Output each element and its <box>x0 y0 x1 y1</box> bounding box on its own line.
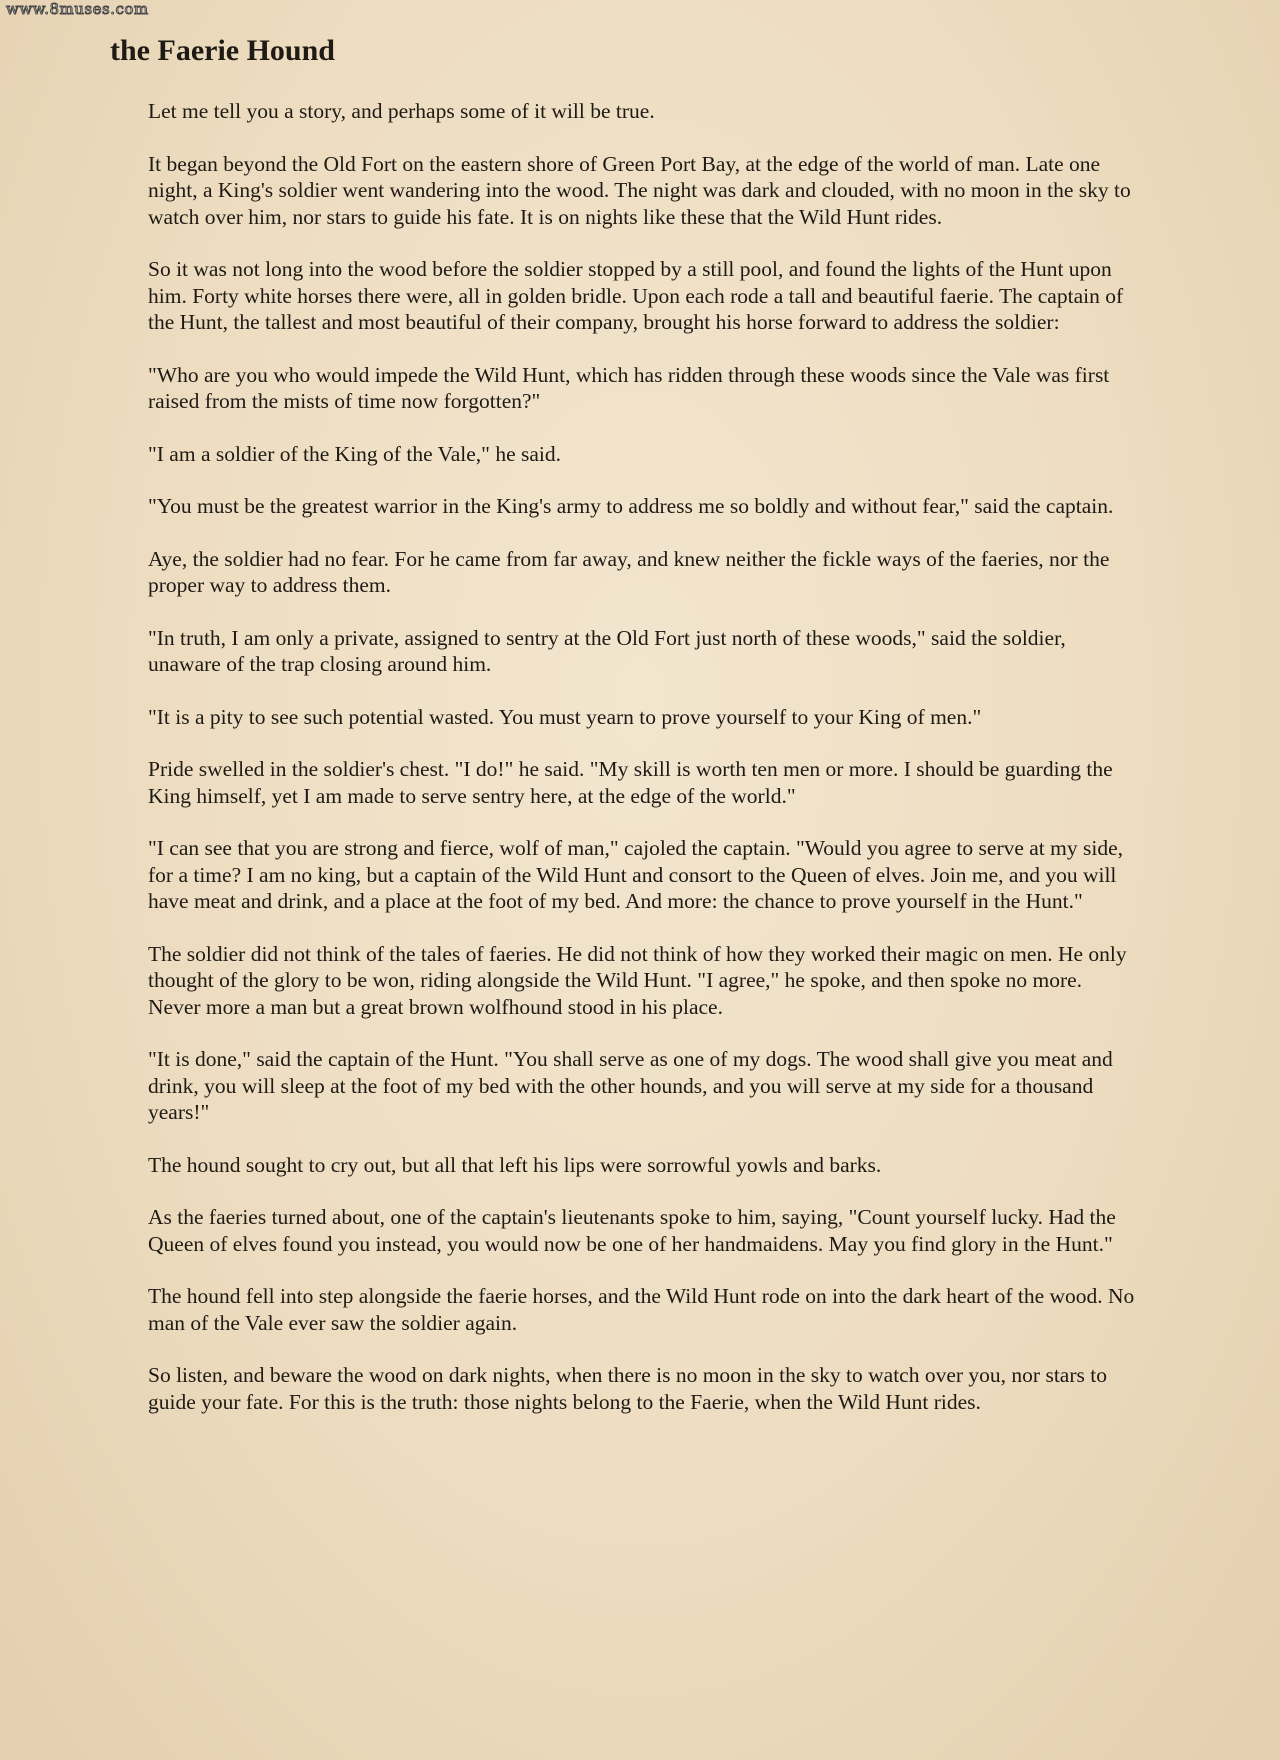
paragraph: The hound fell into step alongside the f… <box>148 1283 1138 1336</box>
paragraph: "I can see that you are strong and fierc… <box>148 835 1138 915</box>
page-title: the Faerie Hound <box>110 34 335 68</box>
watermark: www.8muses.com <box>6 0 149 18</box>
paragraph: "It is a pity to see such potential wast… <box>148 704 1138 731</box>
paragraph: "In truth, I am only a private, assigned… <box>148 625 1138 678</box>
paragraph: "Who are you who would impede the Wild H… <box>148 362 1138 415</box>
paragraph: So listen, and beware the wood on dark n… <box>148 1362 1138 1415</box>
paragraph: The soldier did not think of the tales o… <box>148 941 1138 1021</box>
paragraph: "I am a soldier of the King of the Vale,… <box>148 441 1138 468</box>
paragraph: Aye, the soldier had no fear. For he cam… <box>148 546 1138 599</box>
paragraph: "It is done," said the captain of the Hu… <box>148 1046 1138 1126</box>
paragraph: It began beyond the Old Fort on the east… <box>148 151 1138 231</box>
paragraph: Let me tell you a story, and perhaps som… <box>148 98 1138 125</box>
story-body: Let me tell you a story, and perhaps som… <box>148 98 1138 1441</box>
paragraph: So it was not long into the wood before … <box>148 256 1138 336</box>
paragraph: "You must be the greatest warrior in the… <box>148 493 1138 520</box>
paragraph: Pride swelled in the soldier's chest. "I… <box>148 756 1138 809</box>
paragraph: The hound sought to cry out, but all tha… <box>148 1152 1138 1179</box>
paragraph: As the faeries turned about, one of the … <box>148 1204 1138 1257</box>
